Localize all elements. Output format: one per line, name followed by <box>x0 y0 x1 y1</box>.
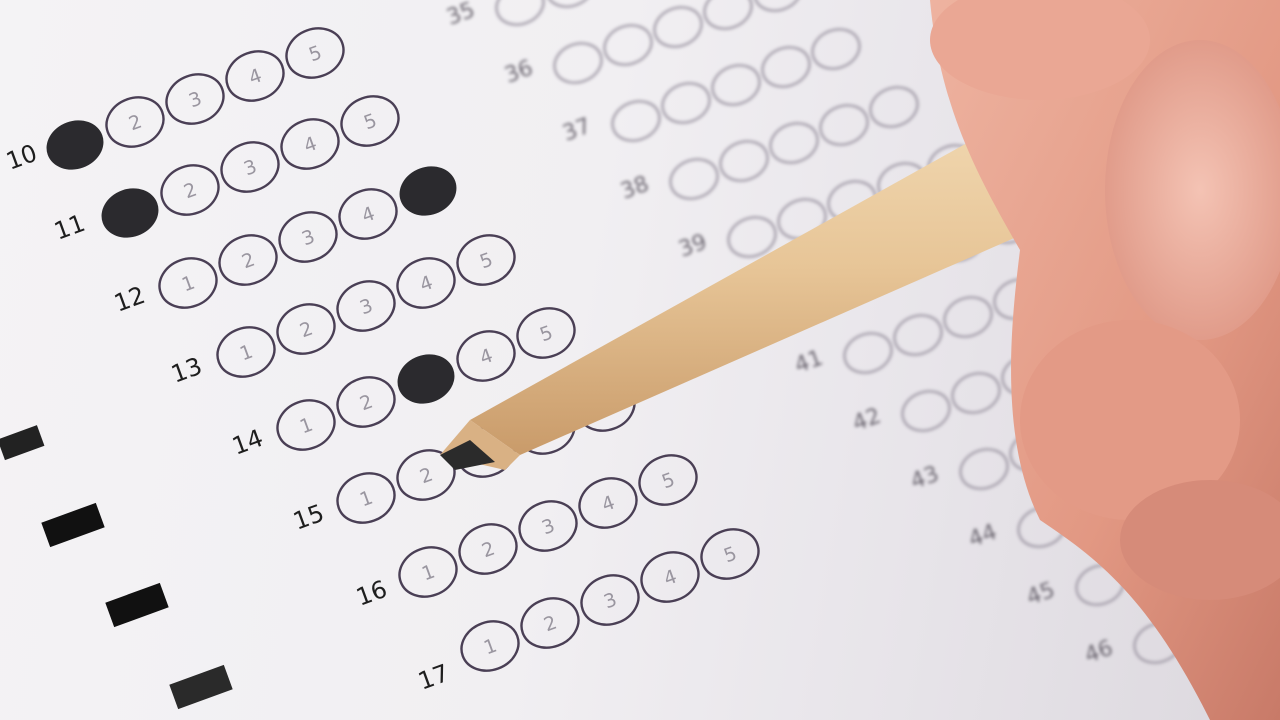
question-row: 102345 <box>2 21 350 178</box>
hand <box>930 0 1280 720</box>
question-number: 45 <box>1024 578 1059 611</box>
answer-bubble[interactable]: 3 <box>575 568 646 633</box>
bubble-option: 3 <box>241 156 260 181</box>
bubble-option: 5 <box>361 110 380 135</box>
answer-bubble[interactable]: 4 <box>573 471 644 536</box>
answer-bubble[interactable]: 4 <box>635 545 706 610</box>
bubble-option: 5 <box>659 469 678 494</box>
timing-mark <box>169 665 232 709</box>
question-row: 36 <box>502 0 808 89</box>
answer-bubble[interactable]: 1 <box>393 540 464 605</box>
answer-bubble[interactable] <box>657 77 715 129</box>
answer-bubble[interactable] <box>947 367 1005 419</box>
answer-bubble[interactable]: 5 <box>335 89 406 154</box>
answer-bubble[interactable]: 2 <box>331 370 402 435</box>
answer-bubble[interactable]: 2 <box>515 591 586 656</box>
answer-bubble[interactable]: 5 <box>451 228 522 293</box>
question-row: 112345 <box>50 89 405 246</box>
timing-mark <box>0 425 44 460</box>
answer-bubble[interactable]: 4 <box>391 251 462 316</box>
question-number: 41 <box>792 346 827 379</box>
bubble-option: 1 <box>357 487 376 512</box>
question-number: 46 <box>1082 636 1117 669</box>
bubble-option: 4 <box>599 492 618 517</box>
question-row: 35 <box>444 0 750 31</box>
answer-bubble[interactable] <box>607 95 665 147</box>
answer-bubble[interactable]: 1 <box>271 393 342 458</box>
bubble-option: 1 <box>481 635 500 660</box>
question-number: 14 <box>228 424 266 461</box>
filled-bubble[interactable] <box>95 181 166 246</box>
answer-bubble[interactable]: 3 <box>331 274 402 339</box>
question-number: 36 <box>502 56 537 89</box>
question-number: 42 <box>850 404 885 437</box>
filled-bubble[interactable] <box>40 113 111 178</box>
answer-bubble[interactable]: 2 <box>155 158 226 223</box>
filled-bubble[interactable] <box>391 347 462 412</box>
question-row: 1712345 <box>414 522 765 696</box>
question-number: 37 <box>560 114 595 147</box>
answer-bubble[interactable] <box>491 0 549 31</box>
answer-bubble[interactable] <box>897 385 955 437</box>
question-number: 17 <box>414 659 452 696</box>
bubble-option: 2 <box>297 318 316 343</box>
bubble-option: 5 <box>537 322 556 347</box>
answer-bubble[interactable]: 1 <box>331 466 402 531</box>
bubble-option: 5 <box>306 42 325 67</box>
bubble-option: 2 <box>417 464 436 489</box>
bubble-option: 4 <box>246 65 265 90</box>
bubble-option: 4 <box>661 566 680 591</box>
timing-marks <box>0 425 233 709</box>
question-number: 35 <box>444 0 479 31</box>
bubble-option: 5 <box>477 249 496 274</box>
bubble-option: 2 <box>479 538 498 563</box>
bubble-option: 3 <box>601 589 620 614</box>
answer-bubble[interactable] <box>549 37 607 89</box>
answer-bubble[interactable] <box>665 153 723 205</box>
answer-sheet: 1023451123451212341312345141245151234516… <box>0 0 1280 720</box>
answer-bubble[interactable] <box>807 23 865 75</box>
question-number: 11 <box>50 209 88 246</box>
bubble-option: 2 <box>181 179 200 204</box>
answer-bubble[interactable] <box>955 443 1013 495</box>
bubble-option: 3 <box>299 226 318 251</box>
answer-bubble[interactable] <box>889 309 947 361</box>
answer-bubble[interactable] <box>541 0 599 13</box>
answer-bubble[interactable]: 2 <box>453 517 524 582</box>
answer-bubble[interactable] <box>839 327 897 379</box>
bubble-option: 3 <box>539 515 558 540</box>
bubble-option: 5 <box>721 543 740 568</box>
bubble-option: 2 <box>357 391 376 416</box>
answer-bubble[interactable] <box>649 1 707 53</box>
bubble-option: 4 <box>301 133 320 158</box>
bubble-option: 3 <box>357 295 376 320</box>
question-number: 43 <box>908 462 943 495</box>
answer-sheet-photo: 1023451123451212341312345141245151234516… <box>0 0 1280 720</box>
answer-bubble[interactable]: 5 <box>511 301 582 366</box>
answer-bubble[interactable] <box>599 19 657 71</box>
bubble-option: 4 <box>417 272 436 297</box>
bubble-option: 1 <box>419 561 438 586</box>
answer-bubble[interactable] <box>765 117 823 169</box>
answer-bubble[interactable]: 4 <box>275 112 346 177</box>
question-number: 12 <box>110 281 148 318</box>
answer-bubble[interactable]: 4 <box>220 44 291 109</box>
answer-bubble[interactable]: 4 <box>451 324 522 389</box>
timing-mark <box>105 583 168 627</box>
answer-bubble[interactable] <box>715 135 773 187</box>
bubble-option: 2 <box>239 249 258 274</box>
answer-bubble[interactable]: 2 <box>213 228 284 293</box>
answer-bubble[interactable] <box>865 81 923 133</box>
bubble-option: 4 <box>359 203 378 228</box>
question-number: 38 <box>618 172 653 205</box>
answer-bubble[interactable]: 2 <box>100 90 171 155</box>
answer-bubble[interactable] <box>939 291 997 343</box>
question-number: 10 <box>2 139 40 176</box>
bubble-option: 4 <box>477 345 496 370</box>
answer-bubble[interactable]: 3 <box>160 67 231 132</box>
answer-bubble[interactable]: 5 <box>280 21 351 86</box>
answer-bubble[interactable]: 2 <box>271 297 342 362</box>
answer-bubble[interactable] <box>815 99 873 151</box>
question-row: 1312345 <box>167 228 521 389</box>
answer-bubble[interactable]: 1 <box>455 614 526 679</box>
bubble-option: 1 <box>237 341 256 366</box>
answer-bubble[interactable]: 3 <box>273 205 344 270</box>
answer-bubble[interactable]: 1 <box>153 251 224 316</box>
question-number: 13 <box>167 352 205 389</box>
question-number: 44 <box>966 520 1001 553</box>
answer-bubble[interactable] <box>699 0 757 35</box>
question-number: 16 <box>352 575 390 612</box>
answer-bubble[interactable] <box>707 59 765 111</box>
answer-bubble[interactable] <box>757 41 815 93</box>
answer-bubble[interactable]: 3 <box>215 135 286 200</box>
bubble-option: 3 <box>186 88 205 113</box>
timing-mark <box>41 503 104 547</box>
question-row: 1612345 <box>352 448 703 612</box>
bubble-option: 2 <box>126 111 145 136</box>
question-number: 39 <box>676 230 711 263</box>
answer-bubble[interactable]: 1 <box>211 320 282 385</box>
bubble-option: 2 <box>541 612 560 637</box>
answer-bubble[interactable]: 3 <box>513 494 584 559</box>
question-number: 15 <box>289 499 327 536</box>
answer-bubble[interactable]: 5 <box>633 448 704 513</box>
answer-bubble[interactable]: 4 <box>333 182 404 247</box>
bubble-option: 1 <box>297 414 316 439</box>
answer-bubble[interactable] <box>749 0 807 17</box>
filled-bubble[interactable] <box>393 159 464 224</box>
bubble-option: 1 <box>179 272 198 297</box>
answer-bubble[interactable]: 5 <box>695 522 766 587</box>
